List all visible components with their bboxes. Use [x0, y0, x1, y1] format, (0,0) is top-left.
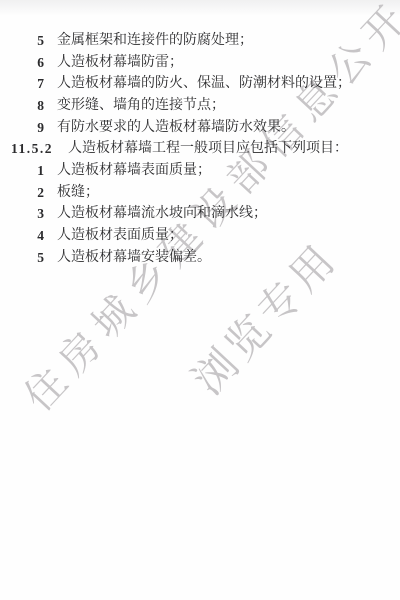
- list-item-text: 人造板材幕墙安装偏差。: [57, 247, 211, 269]
- list-item-number: 2: [0, 182, 44, 204]
- list-item-text: 金属框架和连接件的防腐处理；: [57, 30, 253, 52]
- list-item-number: 3: [0, 203, 44, 225]
- list-item-number: 9: [0, 117, 44, 139]
- list-item-number: 7: [0, 73, 44, 95]
- list-item-text: 人造板材表面质量；: [57, 225, 183, 247]
- list-item-number: 5: [0, 247, 44, 269]
- list-item-text: 板缝；: [57, 182, 99, 204]
- list-item: 7 人造板材幕墙的防火、保温、防潮材料的设置；: [0, 73, 400, 95]
- list-item-number: 4: [0, 225, 44, 247]
- scan-edge-shadow: [0, 0, 400, 16]
- list-item: 9 有防水要求的人造板材幕墙防水效果。: [0, 117, 400, 139]
- list-item-text: 变形缝、墙角的连接节点；: [57, 95, 225, 117]
- list-item-number: 8: [0, 95, 44, 117]
- document-body: 5 金属框架和连接件的防腐处理； 6 人造板材幕墙防雷； 7 人造板材幕墙的防火…: [0, 30, 400, 268]
- document-page: 住房城乡建设部信息公开 浏览专用 5 金属框架和连接件的防腐处理； 6 人造板材…: [0, 0, 400, 600]
- list-item-text: 人造板材幕墙的防火、保温、防潮材料的设置；: [57, 73, 351, 95]
- list-item: 3 人造板材幕墙流水坡向和滴水线；: [0, 203, 400, 225]
- list-item-text: 人造板材幕墙流水坡向和滴水线；: [57, 203, 267, 225]
- list-item: 5 金属框架和连接件的防腐处理；: [0, 30, 400, 52]
- list-item-text: 人造板材幕墙防雷；: [57, 52, 183, 74]
- list-item-number: 1: [0, 160, 44, 182]
- list-item: 4 人造板材表面质量；: [0, 225, 400, 247]
- list-item-number: 5: [0, 30, 44, 52]
- list-item: 5 人造板材幕墙安装偏差。: [0, 247, 400, 269]
- clause-heading: 11.5.2 人造板材幕墙工程一般项目应包括下列项目：: [0, 138, 400, 160]
- list-item-text: 有防水要求的人造板材幕墙防水效果。: [57, 117, 295, 139]
- list-item: 6 人造板材幕墙防雷；: [0, 52, 400, 74]
- list-item: 2 板缝；: [0, 182, 400, 204]
- list-item: 1 人造板材幕墙表面质量；: [0, 160, 400, 182]
- list-item-number: 6: [0, 52, 44, 74]
- clause-text: 人造板材幕墙工程一般项目应包括下列项目：: [68, 138, 348, 160]
- list-item-text: 人造板材幕墙表面质量；: [57, 160, 211, 182]
- clause-number: 11.5.2: [11, 138, 53, 160]
- list-item: 8 变形缝、墙角的连接节点；: [0, 95, 400, 117]
